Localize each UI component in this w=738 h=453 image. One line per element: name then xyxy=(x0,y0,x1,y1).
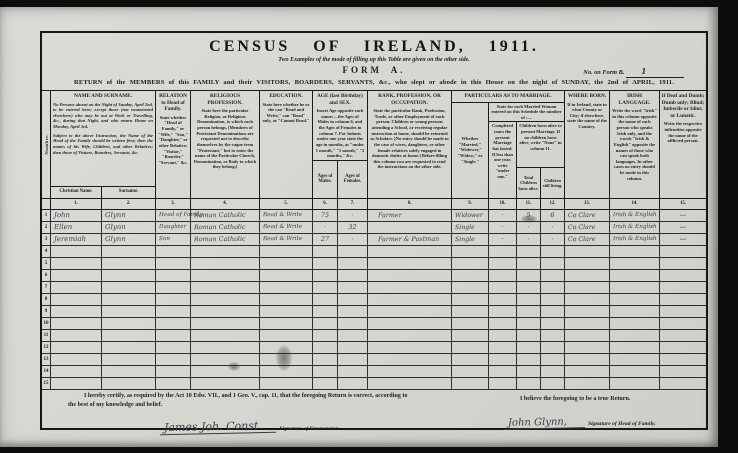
cell-occupation xyxy=(368,318,452,330)
cell-relation xyxy=(156,282,191,293)
cell-relation: Son xyxy=(156,234,191,245)
cell-age-males xyxy=(313,318,338,329)
table-row: 4 xyxy=(42,246,706,258)
table-row: 13 xyxy=(42,354,706,366)
cell-relation: Head of Family xyxy=(156,210,191,221)
cell-surname xyxy=(102,294,156,305)
cell-where-born: Co Clare xyxy=(565,210,610,221)
cell-surname xyxy=(102,258,156,269)
marriage-title: PARTICULARS AS TO MARRIAGE. xyxy=(452,91,564,103)
cell-children-living xyxy=(541,246,565,257)
cell-education: Read & Write xyxy=(260,210,313,221)
ink-blot xyxy=(521,215,537,223)
cell-christian-name xyxy=(51,246,102,257)
cell-where-born xyxy=(565,318,610,329)
cell-occupation xyxy=(368,366,452,378)
cell-where-born: Co Clare xyxy=(565,234,610,245)
cell-relation xyxy=(156,330,191,341)
cell-relation xyxy=(156,342,191,353)
cell-infirmity xyxy=(660,294,706,305)
cell-relation xyxy=(156,354,191,365)
cell-religion xyxy=(191,246,260,257)
name-subheaders: Christian Name. Surname. xyxy=(51,186,155,198)
cell-surname xyxy=(102,270,156,281)
cell-religion xyxy=(191,354,260,365)
cell-education: Read & Write xyxy=(260,222,313,233)
row-number: 2 xyxy=(42,222,51,233)
cell-children-born: · xyxy=(517,222,541,233)
cell-marriage-status xyxy=(452,246,489,257)
row-number: 12 xyxy=(42,342,51,353)
cell-occupation xyxy=(368,246,452,258)
ages-females-subheader: Ages of Females. xyxy=(338,161,367,198)
cell-age-males xyxy=(313,330,338,341)
cell-education xyxy=(260,258,313,269)
cell-christian-name: Jeremiah xyxy=(51,234,102,245)
cell-marriage-status xyxy=(452,318,489,329)
cell-children-born xyxy=(517,306,541,317)
cell-religion xyxy=(191,366,260,377)
column-where-born: WHERE BORN. If in Ireland, state in what… xyxy=(565,91,610,198)
cell-age-females xyxy=(338,330,368,341)
cell-surname: Glynn xyxy=(102,234,156,245)
cell-children-born xyxy=(517,354,541,365)
number-col-label: Number. xyxy=(44,134,49,155)
cell-irish-language xyxy=(610,354,660,365)
head-believe-text: I believe the foregoing to be a true Ret… xyxy=(520,396,630,402)
cell-marriage-status xyxy=(452,270,489,281)
cell-relation xyxy=(156,318,191,329)
cell-infirmity xyxy=(660,366,706,377)
table-row: 12 xyxy=(42,342,706,354)
cell-occupation: Farmer & Postman xyxy=(368,234,452,246)
table-body: 1 John Glynn Head of Family Roman Cathol… xyxy=(42,210,706,388)
cell-where-born xyxy=(565,366,610,377)
cell-surname xyxy=(102,330,156,341)
form-border-frame: CENSUS OF IRELAND, 1911. Two Examples of… xyxy=(40,31,708,430)
cell-children-living xyxy=(541,366,565,377)
cell-christian-name xyxy=(51,270,102,281)
cell-age-males xyxy=(313,294,338,305)
cell-infirmity xyxy=(660,258,706,269)
cell-infirmity xyxy=(660,318,706,329)
table-row: 1 John Glynn Head of Family Roman Cathol… xyxy=(42,210,706,222)
cell-age-females xyxy=(338,270,368,281)
cell-age-males xyxy=(313,342,338,353)
cell-where-born xyxy=(565,354,610,365)
cell-irish-language xyxy=(610,258,660,269)
column-education: EDUCATION. State here whether he or she … xyxy=(260,91,313,198)
cell-age-males xyxy=(313,270,338,281)
children-born-subheader: Total Children born alive. xyxy=(517,168,541,198)
cell-surname xyxy=(102,342,156,353)
cell-age-females xyxy=(338,294,368,305)
cell-marriage-years: · xyxy=(489,234,517,245)
cell-marriage-status xyxy=(452,258,489,269)
cell-education xyxy=(260,294,313,305)
cell-children-living xyxy=(541,270,565,281)
cell-surname xyxy=(102,282,156,293)
cell-age-males xyxy=(313,258,338,269)
cell-religion: Roman Catholic xyxy=(191,234,260,245)
enumerator-certify-text: I hereby certify, as required by the Act… xyxy=(68,392,408,411)
cell-where-born xyxy=(565,330,610,341)
cell-children-living xyxy=(541,258,565,269)
cell-where-born xyxy=(565,342,610,353)
table-row: 6 xyxy=(42,270,706,282)
cell-children-living xyxy=(541,306,565,317)
cell-irish-language xyxy=(610,366,660,377)
cell-children-born xyxy=(517,330,541,341)
cell-christian-name xyxy=(51,318,102,329)
cell-age-females xyxy=(338,246,368,257)
cell-age-males xyxy=(313,354,338,365)
paper-sheet: CENSUS OF IRELAND, 1911. Two Examples of… xyxy=(0,7,718,447)
column-irish-language: IRISH LANGUAGE. Write the word "Irish" i… xyxy=(610,91,660,198)
cell-irish-language xyxy=(610,294,660,305)
row-number: 8 xyxy=(42,294,51,305)
cell-age-males xyxy=(313,366,338,377)
christian-name-subheader: Christian Name. xyxy=(51,187,102,198)
column-infirmity: If Deaf and Dumb; Dumb only; Blind; Imbe… xyxy=(660,91,706,198)
subtitle: Two Examples of the mode of filling up t… xyxy=(42,57,706,63)
cell-marriage-years xyxy=(489,306,517,317)
children-living-subheader: Children still living. xyxy=(541,168,564,198)
cell-occupation xyxy=(368,270,452,282)
cell-religion xyxy=(191,270,260,281)
table-row: 3 Jeremiah Glynn Son Roman Catholic Read… xyxy=(42,234,706,246)
cell-christian-name xyxy=(51,258,102,269)
cell-surname: Glynn xyxy=(102,222,156,233)
cell-where-born xyxy=(565,258,610,269)
ink-blot xyxy=(228,362,240,371)
cell-surname xyxy=(102,354,156,365)
head-signature-label: Signature of Head of Family. xyxy=(588,421,656,427)
enumerator-signature: James Joh. Const xyxy=(160,419,277,435)
cell-religion: Roman Catholic xyxy=(191,210,260,221)
cell-marriage-status: Single xyxy=(452,234,489,245)
cell-irish-language xyxy=(610,342,660,353)
cell-relation xyxy=(156,366,191,377)
cell-education xyxy=(260,246,313,257)
scanned-census-page: { "colors": { "background": "#0d0d0d", "… xyxy=(0,0,738,453)
cell-irish-language xyxy=(610,330,660,341)
cell-education xyxy=(260,330,313,341)
cell-religion xyxy=(191,258,260,269)
cell-irish-language xyxy=(610,318,660,329)
cell-surname xyxy=(102,318,156,329)
cell-marriage-years xyxy=(489,246,517,257)
cell-where-born xyxy=(565,246,610,257)
cell-education xyxy=(260,282,313,293)
children-subheaders: Total Children born alive. Children stil… xyxy=(517,167,564,198)
cell-relation xyxy=(156,294,191,305)
cell-religion: Roman Catholic xyxy=(191,222,260,233)
cell-children-living: 6 xyxy=(541,210,565,221)
cell-education xyxy=(260,318,313,329)
table-row: 10 xyxy=(42,318,706,330)
table-row: 8 xyxy=(42,294,706,306)
married-woman-note: State for each Married Woman entered on … xyxy=(489,103,564,123)
cell-children-living xyxy=(541,342,565,353)
cell-marriage-status: Widower xyxy=(452,210,489,221)
row-number: 6 xyxy=(42,270,51,281)
cell-where-born xyxy=(565,306,610,317)
row-number: 13 xyxy=(42,354,51,365)
head-signature: John Glynn, xyxy=(504,416,585,430)
cell-children-living xyxy=(541,330,565,341)
ink-blot xyxy=(276,345,292,371)
table-row: 7 xyxy=(42,282,706,294)
cell-irish-language xyxy=(610,306,660,317)
form-head: CENSUS OF IRELAND, 1911. Two Examples of… xyxy=(42,33,706,90)
cell-education xyxy=(260,306,313,317)
cell-marriage-years xyxy=(489,366,517,377)
table-row: 5 xyxy=(42,258,706,270)
cell-christian-name: John xyxy=(51,210,102,221)
cell-irish-language: Irish & English xyxy=(610,210,660,221)
cell-age-females xyxy=(338,306,368,317)
cell-occupation xyxy=(368,222,452,234)
row-number: 4 xyxy=(42,246,51,257)
marriage-subgrid: Whether "Married," "Widower," "Widow," o… xyxy=(452,103,564,198)
ages-males-subheader: Ages of Males. xyxy=(313,161,338,198)
column-age-sex: AGE (last Birthday) and SEX. Insert Age … xyxy=(313,91,368,198)
cell-marriage-status xyxy=(452,306,489,317)
cell-christian-name: Ellen xyxy=(51,222,102,233)
head-signature-line: John Glynn,Signature of Head of Family. xyxy=(504,412,656,430)
cell-occupation xyxy=(368,258,452,270)
cell-age-females: · xyxy=(338,210,368,221)
cell-age-females: · xyxy=(338,234,368,245)
cell-marriage-status xyxy=(452,366,489,377)
cell-christian-name xyxy=(51,354,102,365)
column-numbers-row: 1. 2. 3. 4. 5. 6. 7. 8. 9. 10. 11. 12. 1… xyxy=(42,199,706,210)
cell-religion xyxy=(191,294,260,305)
cell-where-born: Co Clare xyxy=(565,222,610,233)
cell-where-born xyxy=(565,282,610,293)
cell-infirmity xyxy=(660,270,706,281)
cell-marriage-years: · xyxy=(489,210,517,221)
cell-children-living xyxy=(541,318,565,329)
cell-children-living xyxy=(541,354,565,365)
cell-irish-language xyxy=(610,270,660,281)
age-subheaders: Ages of Males. Ages of Females. xyxy=(313,160,367,198)
cell-surname: Glynn xyxy=(102,210,156,221)
cell-religion xyxy=(191,306,260,317)
cell-infirmity xyxy=(660,330,706,341)
cell-age-males xyxy=(313,306,338,317)
cell-children-living xyxy=(541,282,565,293)
table-header: Number. NAME AND SURNAME. No Persons abs… xyxy=(42,91,706,199)
column-marriage: PARTICULARS AS TO MARRIAGE. Whether "Mar… xyxy=(452,91,565,198)
cell-age-females xyxy=(338,282,368,293)
cell-christian-name xyxy=(51,366,102,377)
cell-children-born xyxy=(517,270,541,281)
cell-children-born xyxy=(517,246,541,257)
children-note: Children born alive to present Marriage.… xyxy=(517,122,564,167)
column-religion: RELIGIOUS PROFESSION. State here the par… xyxy=(191,91,260,198)
cell-infirmity: — xyxy=(660,234,706,245)
cell-irish-language xyxy=(610,246,660,257)
row-number: 14 xyxy=(42,366,51,377)
cell-marriage-years xyxy=(489,354,517,365)
cell-marriage-years xyxy=(489,318,517,329)
cell-infirmity xyxy=(660,306,706,317)
cell-occupation xyxy=(368,354,452,366)
certification-section: I hereby certify, as required by the Act… xyxy=(42,388,706,435)
cell-age-males xyxy=(313,282,338,293)
cell-children-born: · xyxy=(517,234,541,245)
cell-relation xyxy=(156,270,191,281)
cell-relation xyxy=(156,258,191,269)
cell-education xyxy=(260,270,313,281)
cell-marriage-years xyxy=(489,330,517,341)
cell-surname xyxy=(102,246,156,257)
table-row: 2 Ellen Glynn Daughter Roman Catholic Re… xyxy=(42,222,706,234)
cell-infirmity xyxy=(660,282,706,293)
row-number: 3 xyxy=(42,234,51,245)
cell-marriage-status xyxy=(452,354,489,365)
marriage-years-header: Completed years the present Marriage has… xyxy=(489,122,517,198)
surname-subheader: Surname. xyxy=(102,187,155,198)
cell-relation: Daughter xyxy=(156,222,191,233)
cell-infirmity: — xyxy=(660,222,706,233)
cell-irish-language: Irish & English xyxy=(610,234,660,245)
cell-marriage-years xyxy=(489,258,517,269)
cell-children-living: · xyxy=(541,234,565,245)
cell-occupation xyxy=(368,330,452,342)
cell-infirmity xyxy=(660,354,706,365)
cell-occupation xyxy=(368,282,452,294)
row-number: 10 xyxy=(42,318,51,329)
cell-occupation xyxy=(368,342,452,354)
cell-marriage-status xyxy=(452,342,489,353)
form-b-value: 1 xyxy=(626,66,684,78)
column-relation: RELATION to Head of Family. State whethe… xyxy=(156,91,191,198)
cell-age-females xyxy=(338,366,368,377)
enumerator-signature-label: Signature of Enumerator. xyxy=(279,426,339,432)
cell-age-females xyxy=(338,354,368,365)
census-table: Number. NAME AND SURNAME. No Persons abs… xyxy=(42,90,706,388)
cell-children-born xyxy=(517,366,541,377)
cell-age-females: 32 xyxy=(338,222,368,233)
row-number: 1 xyxy=(42,210,51,221)
cell-children-born xyxy=(517,258,541,269)
cell-education: Read & Write xyxy=(260,234,313,245)
cell-children-born xyxy=(517,318,541,329)
cell-marriage-years xyxy=(489,342,517,353)
cell-children-living: · xyxy=(541,222,565,233)
return-statement: RETURN of the MEMBERS of this FAMILY and… xyxy=(42,79,706,86)
cell-age-females xyxy=(338,318,368,329)
form-b-number: No. on Form B. 1 xyxy=(583,66,684,78)
cell-religion xyxy=(191,318,260,329)
cell-where-born xyxy=(565,294,610,305)
marriage-status-header: Whether "Married," "Widower," "Widow," o… xyxy=(452,103,489,198)
cell-christian-name xyxy=(51,282,102,293)
cell-christian-name xyxy=(51,342,102,353)
cell-age-males: · xyxy=(313,222,338,233)
cell-irish-language: Irish & English xyxy=(610,222,660,233)
cell-christian-name xyxy=(51,294,102,305)
name-notes: No Persons absent on the Night of Sunday… xyxy=(51,101,155,186)
cell-marriage-status: Single xyxy=(452,222,489,233)
cell-christian-name xyxy=(51,330,102,341)
column-name-surname: NAME AND SURNAME. No Persons absent on t… xyxy=(51,91,156,198)
cell-marriage-years xyxy=(489,294,517,305)
column-occupation: RANK, PROFESSION, OR OCCUPATION. State t… xyxy=(368,91,452,198)
cell-marriage-years: · xyxy=(489,222,517,233)
table-row: 9 xyxy=(42,306,706,318)
column-number: Number. xyxy=(42,91,51,198)
cell-age-females xyxy=(338,258,368,269)
cell-children-born xyxy=(517,342,541,353)
cell-marriage-years xyxy=(489,282,517,293)
row-number: 11 xyxy=(42,330,51,341)
form-b-label: No. on Form B. xyxy=(583,69,624,76)
row-number: 9 xyxy=(42,306,51,317)
table-row: 14 xyxy=(42,366,706,378)
cell-religion xyxy=(191,330,260,341)
cell-occupation xyxy=(368,294,452,306)
cell-children-born xyxy=(517,282,541,293)
cell-occupation xyxy=(368,306,452,318)
cell-occupation: Farmer xyxy=(368,210,452,222)
row-number: 7 xyxy=(42,282,51,293)
cell-christian-name xyxy=(51,306,102,317)
cell-marriage-status xyxy=(452,294,489,305)
cell-age-females xyxy=(338,342,368,353)
cell-age-males: 75 xyxy=(313,210,338,221)
row-number: 5 xyxy=(42,258,51,269)
cell-relation xyxy=(156,246,191,257)
form-label-line: FORM A. No. on Form B. 1 xyxy=(42,65,706,76)
cell-surname xyxy=(102,366,156,377)
cell-religion xyxy=(191,282,260,293)
cell-marriage-status xyxy=(452,282,489,293)
cell-marriage-years xyxy=(489,270,517,281)
cell-religion xyxy=(191,342,260,353)
cell-infirmity xyxy=(660,246,706,257)
cell-infirmity xyxy=(660,342,706,353)
cell-age-males xyxy=(313,246,338,257)
table-row: 11 xyxy=(42,330,706,342)
page-title: CENSUS OF IRELAND, 1911. xyxy=(42,33,706,56)
cell-irish-language xyxy=(610,282,660,293)
cell-children-born xyxy=(517,294,541,305)
name-title: NAME AND SURNAME. xyxy=(51,91,155,101)
cell-relation xyxy=(156,306,191,317)
cell-infirmity: — xyxy=(660,210,706,221)
cell-where-born xyxy=(565,270,610,281)
cell-children-living xyxy=(541,294,565,305)
cell-surname xyxy=(102,306,156,317)
cell-marriage-status xyxy=(452,330,489,341)
cell-age-males: 27 xyxy=(313,234,338,245)
enumerator-signature-line: James Joh. ConstSignature of Enumerator. xyxy=(160,417,339,435)
